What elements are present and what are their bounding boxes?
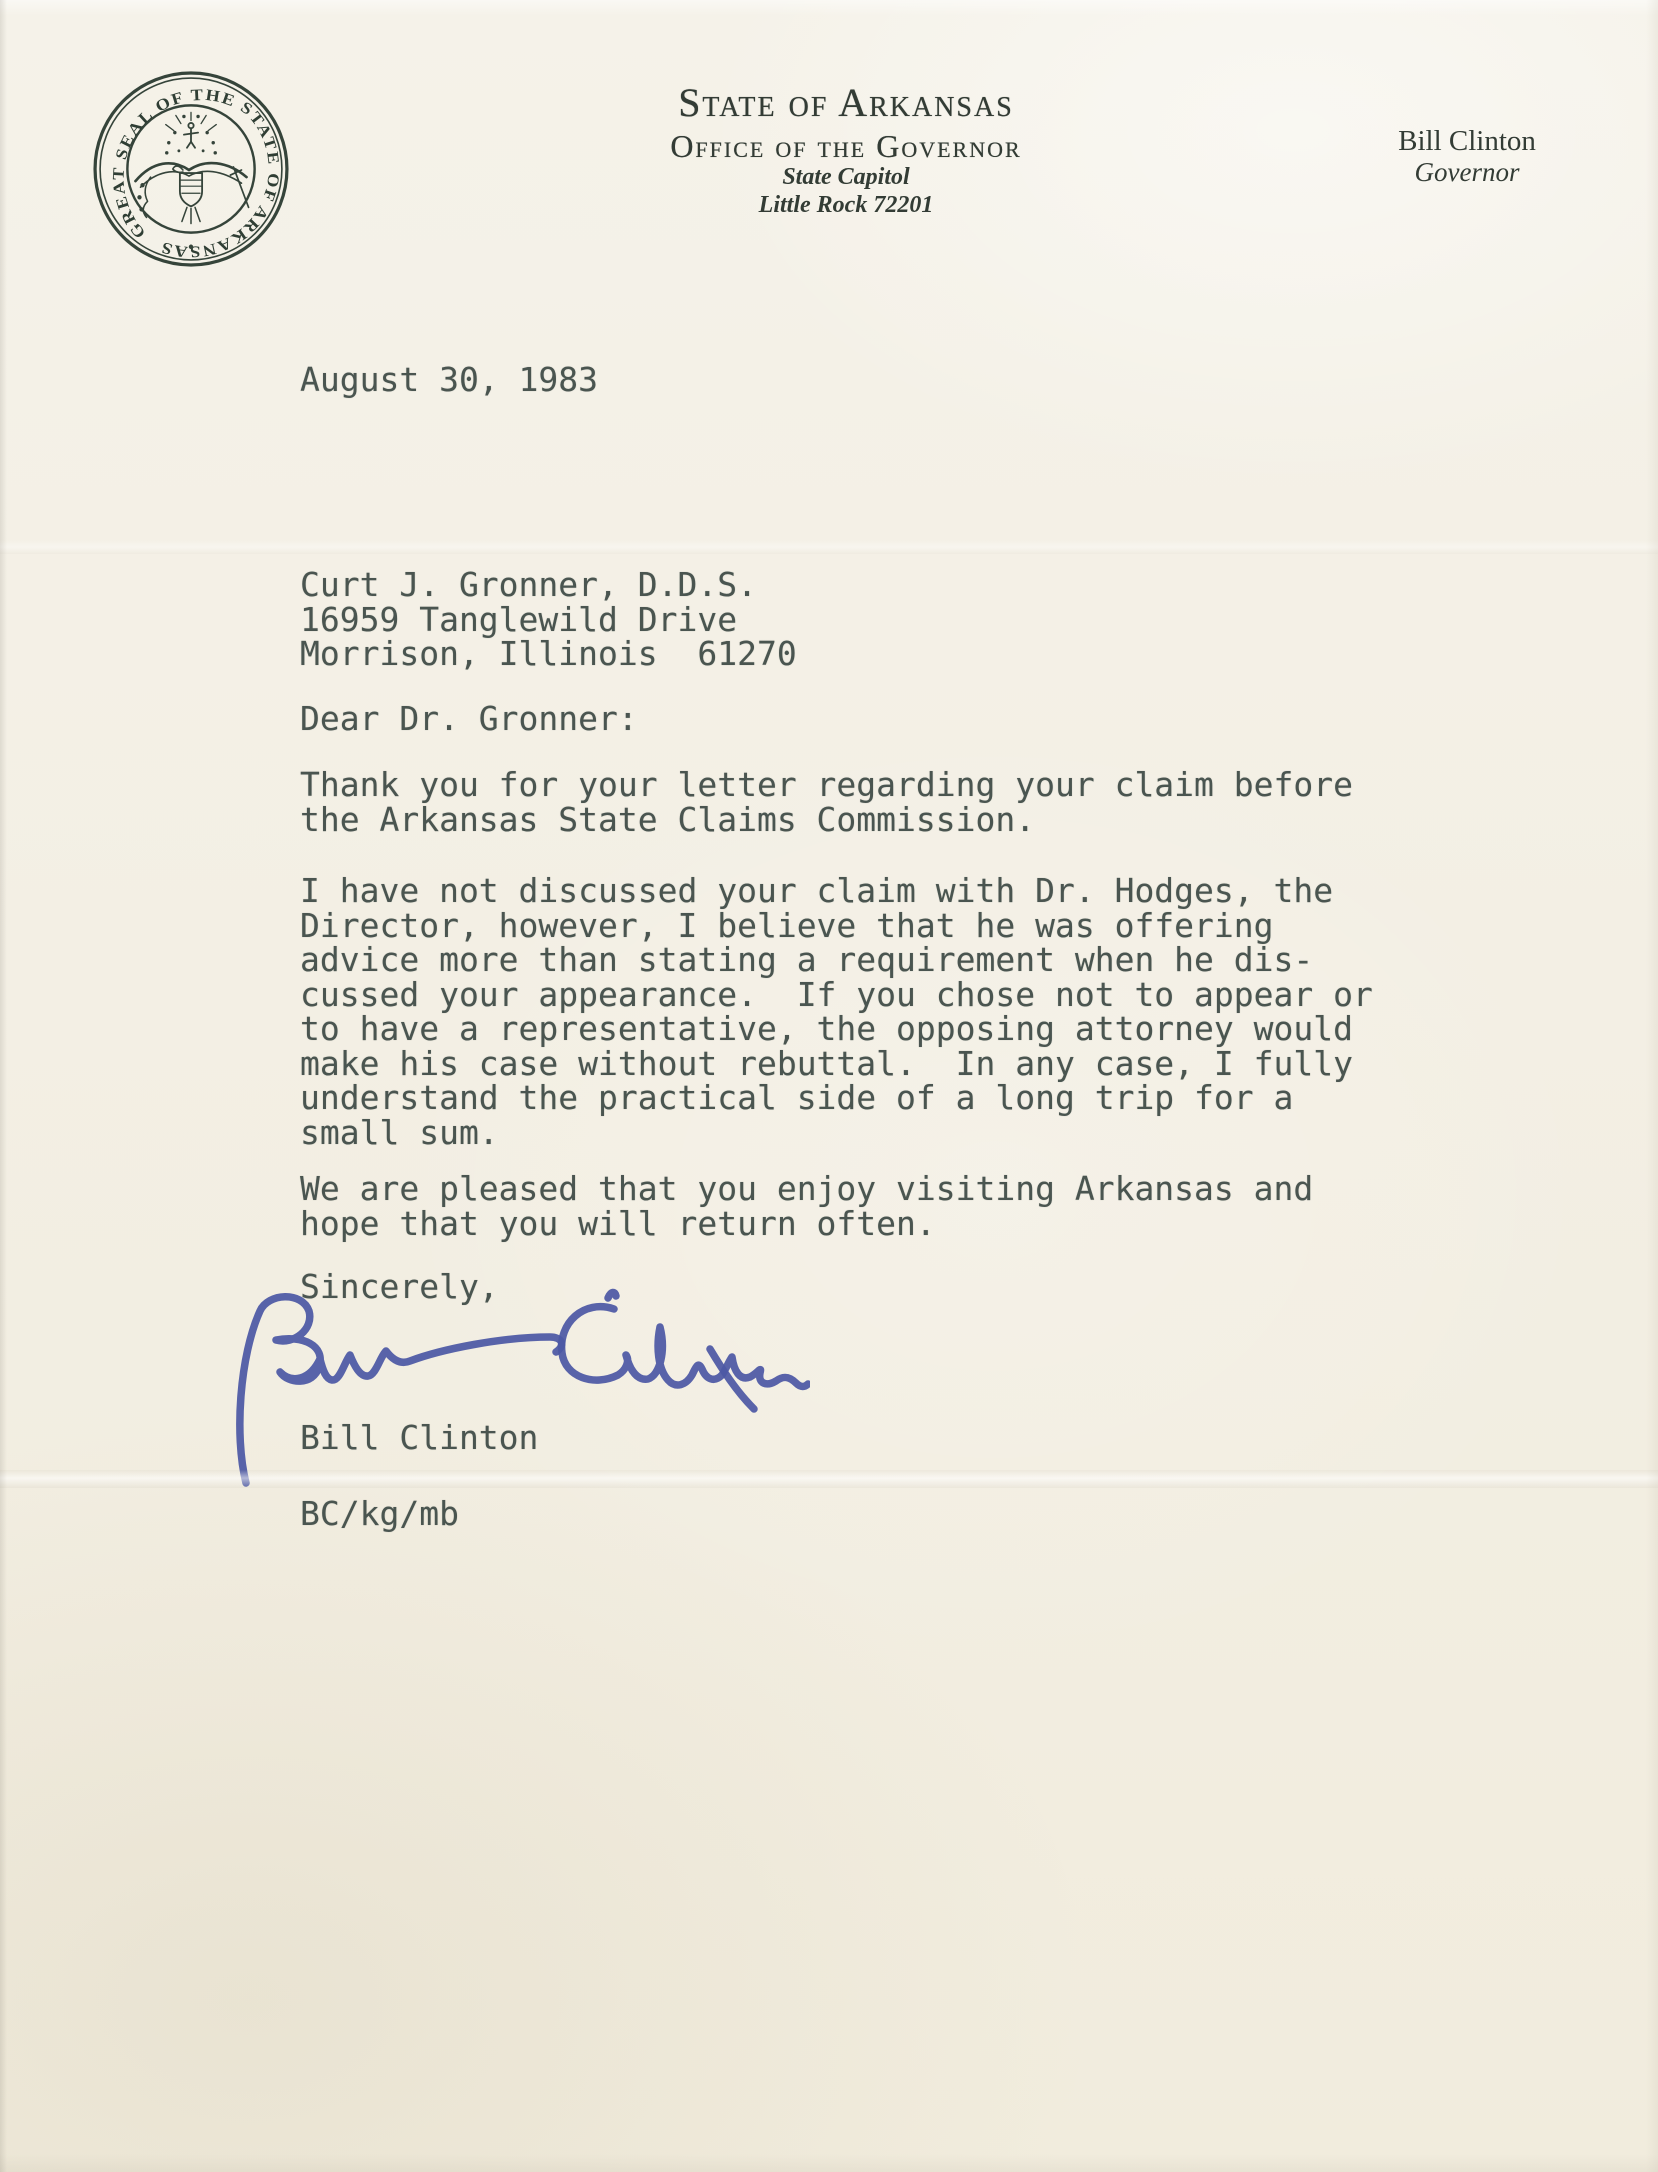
paper-crease-faint — [0, 540, 1658, 554]
seal-liberty-figure — [184, 123, 198, 148]
bill-clinton-signature — [210, 1285, 810, 1505]
letterhead-official-block: Bill Clinton Governor — [1372, 126, 1562, 187]
letterhead-office: Office of the Governor — [498, 129, 1194, 163]
closing-line: Sincerely, — [300, 1270, 499, 1305]
recipient-address: Curt J. Gronner, D.D.S. 16959 Tanglewild… — [300, 568, 797, 672]
body-paragraph-1: Thank you for your letter regarding your… — [300, 768, 1353, 837]
body-paragraph-3: We are pleased that you enjoy visiting A… — [300, 1172, 1313, 1241]
body-paragraph-2: I have not discussed your claim with Dr.… — [300, 874, 1373, 1150]
typed-signature-name: Bill Clinton — [300, 1421, 538, 1456]
official-title: Governor — [1372, 157, 1562, 187]
letterhead-address-line2: Little Rock 72201 — [498, 192, 1194, 219]
official-name: Bill Clinton — [1372, 126, 1562, 157]
letterhead-title: State of Arkansas — [498, 80, 1194, 126]
salutation: Dear Dr. Gronner: — [300, 702, 638, 737]
letterhead-address-line1: State Capitol — [498, 164, 1194, 191]
scanned-letter-page: GREAT SEAL OF THE STATE OF ARKANSAS — [0, 0, 1658, 2172]
paper-crease — [0, 1470, 1658, 1488]
letter-date: August 30, 1983 — [300, 363, 598, 398]
seal-shield — [180, 173, 202, 206]
reference-initials: BC/kg/mb — [300, 1497, 459, 1532]
seal-tail — [182, 207, 200, 223]
arkansas-great-seal: GREAT SEAL OF THE STATE OF ARKANSAS — [90, 68, 292, 270]
letterhead-center-block: State of Arkansas Office of the Governor… — [498, 80, 1194, 219]
